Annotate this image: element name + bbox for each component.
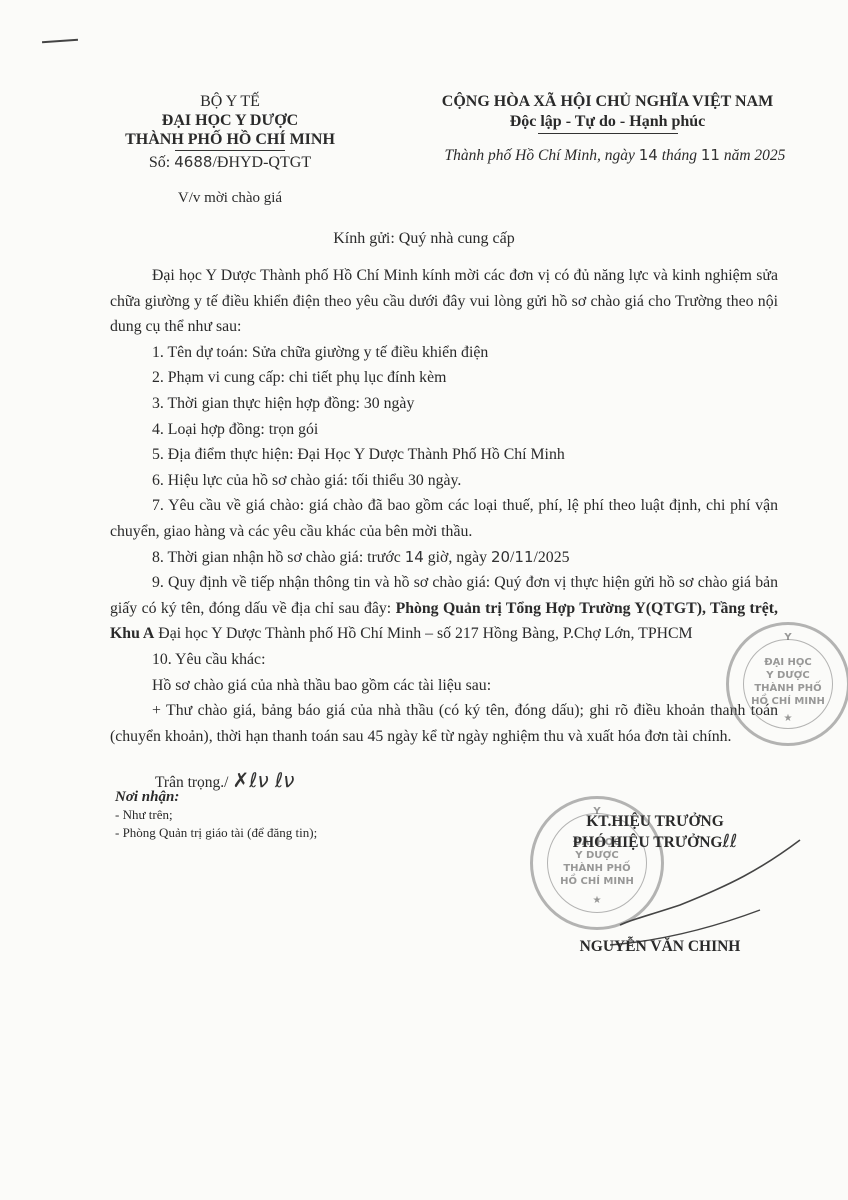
intro-paragraph: Đại học Y Dược Thành phố Hồ Chí Minh kín… [110,263,778,340]
subject: V/v mời chào giá [150,190,310,207]
seal-stamp: Y ĐẠI HỌC Y DƯỢC THÀNH PHỐ HỒ CHÍ MINH ★ [726,622,848,746]
recipient: - Như trên; [115,806,317,824]
greeting: Kính gửi: Quý nhà cung cấp [0,230,848,248]
national-header: CỘNG HÒA XÃ HỘI CHỦ NGHĨA VIỆT NAM Độc l… [415,92,800,134]
handwritten-signature [610,830,810,950]
list-item: 4. Loại hợp đồng: trọn gói [110,417,778,443]
nation-title: CỘNG HÒA XÃ HỘI CHỦ NGHĨA VIỆT NAM [415,92,800,112]
university-name-1: ĐẠI HỌC Y DƯỢC [100,111,360,130]
signatory-name: NGUYỄN VĂN CHINH [540,938,780,956]
divider [538,133,678,134]
doc-number-handwritten: 4688 [174,153,212,171]
issuer-header: BỘ Y TẾ ĐẠI HỌC Y DƯỢC THÀNH PHỐ HỒ CHÍ … [100,92,360,172]
list-item: 3. Thời gian thực hiện hợp đồng: 30 ngày [110,391,778,417]
list-item: 1. Tên dự toán: Sửa chữa giường y tế điề… [110,340,778,366]
on-behalf: KT.HIỆU TRƯỞNG [535,812,775,832]
pen-mark [42,39,78,44]
doc-number: Số: 4688/ĐHYD-QTGT [100,153,360,172]
motto: Độc lập - Tự do - Hạnh phúc [415,112,800,132]
list-item: 8. Thời gian nhận hồ sơ chào giá: trước … [110,545,778,571]
list-item: 2. Phạm vi cung cấp: chi tiết phụ lục đí… [110,365,778,391]
university-name-2: THÀNH PHỐ HỒ CHÍ MINH [100,130,360,149]
ministry: BỘ Y TẾ [100,92,360,111]
list-item: 6. Hiệu lực của hồ sơ chào giá: tối thiể… [110,468,778,494]
list-item-sub: Hồ sơ chào giá của nhà thầu bao gồm các … [110,673,778,699]
issue-date: Thành phố Hồ Chí Minh, ngày 14 tháng 11 … [420,146,810,165]
list-item-bullet: + Thư chào giá, bảng báo giá của nhà thầ… [110,698,778,749]
letter-body: Đại học Y Dược Thành phố Hồ Chí Minh kín… [110,263,778,749]
recipient: - Phòng Quản trị giáo tài (để đăng tin); [115,824,317,842]
divider [175,150,285,151]
list-item: 10. Yêu cầu khác: [110,647,778,673]
recipients-title: Nơi nhận: [115,788,317,806]
list-item: 9. Quy định về tiếp nhận thông tin và hồ… [110,570,778,647]
list-item: 5. Địa điểm thực hiện: Đại Học Y Dược Th… [110,442,778,468]
list-item: 7. Yêu cầu về giá chào: giá chào đã bao … [110,493,778,544]
recipients: Nơi nhận: - Như trên; - Phòng Quản trị g… [115,788,317,842]
